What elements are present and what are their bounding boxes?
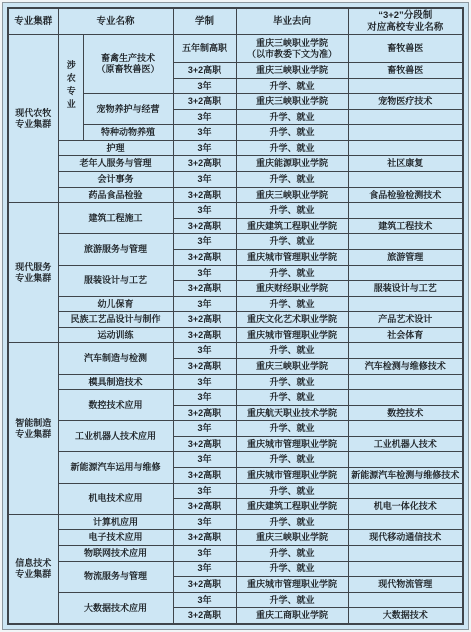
duration-cell: 3+2高职 (173, 358, 236, 374)
duration-cell: 3+2高职 (173, 577, 236, 593)
table-row: 机电技术应用 3年 升学、就业 (8, 483, 463, 499)
target-major-cell: 数控技术 (348, 405, 463, 421)
duration-cell: 3+2高职 (173, 327, 236, 343)
page-frame: 专业集群 专业名称 学制 毕业去向 “3+2”分段制 对应高校专业名称 现代农牧… (2, 2, 469, 630)
target-major-cell: 畜牧兽医 (348, 63, 463, 79)
table-row: 模具制造技术 3年 升学、就业 (8, 374, 463, 390)
col-header-destination: 毕业去向 (236, 8, 348, 35)
duration-cell: 3年 (173, 109, 236, 125)
target-major-cell (348, 109, 463, 125)
major-cell: 工业机器人技术应用 (58, 421, 173, 452)
col-header-target-major: “3+2”分段制 对应高校专业名称 (348, 8, 463, 35)
table-row: 会计事务 3年 升学、就业 (8, 172, 463, 188)
major-cell: 计算机应用 (58, 514, 173, 530)
duration-cell: 3年 (173, 125, 236, 141)
target-major-cell (348, 374, 463, 390)
destination-cell: 重庆建筑工程职业学院 (236, 499, 348, 515)
major-cell: 运动训练 (58, 327, 173, 343)
major-cell: 机电技术应用 (58, 483, 173, 514)
duration-cell: 3+2高职 (173, 436, 236, 452)
target-major-cell (348, 343, 463, 359)
col-header-cluster: 专业集群 (8, 8, 58, 35)
duration-cell: 3年 (173, 592, 236, 608)
target-major-cell (348, 203, 463, 219)
major-cell: 护理 (58, 140, 173, 156)
table-row: 现代农牧 专业集群 涉农专业 畜禽生产技术 （原畜牧兽医） 五年制高职 重庆三峡… (8, 35, 463, 63)
target-major-cell: 现代物流管理 (348, 577, 463, 593)
destination-cell: 升学、就业 (236, 452, 348, 468)
duration-cell: 3年 (173, 234, 236, 250)
table-row: 新能源汽车运用与维修 3年 升学、就业 (8, 452, 463, 468)
major-cell: 会计事务 (58, 172, 173, 188)
major-cell: 数控技术应用 (58, 390, 173, 421)
destination-cell: 升学、就业 (236, 592, 348, 608)
duration-cell: 3+2高职 (173, 63, 236, 79)
table-row: 电子技术应用 3+2高职 重庆三峡职业学院 现代移动通信技术 (8, 530, 463, 546)
table-row: 工业机器人技术应用 3年 升学、就业 (8, 421, 463, 437)
target-major-cell (348, 140, 463, 156)
table-row: 旅游服务与管理 3年 升学、就业 (8, 234, 463, 250)
duration-cell: 3+2高职 (173, 94, 236, 110)
destination-cell: 重庆城市管理职业学院 (236, 249, 348, 265)
target-major-cell: 建筑工程技术 (348, 218, 463, 234)
target-major-cell (348, 561, 463, 577)
destination-cell: 重庆财经职业学院 (236, 281, 348, 297)
destination-cell: 升学、就业 (236, 78, 348, 94)
target-major-cell: 新能源汽车检测与维修技术 (348, 468, 463, 484)
duration-cell: 3年 (173, 561, 236, 577)
duration-cell: 3年 (173, 514, 236, 530)
duration-cell: 五年制高职 (173, 35, 236, 63)
destination-cell: 升学、就业 (236, 561, 348, 577)
table-row: 数控技术应用 3年 升学、就业 (8, 390, 463, 406)
duration-cell: 3年 (173, 78, 236, 94)
enrollment-majors-table: 专业集群 专业名称 学制 毕业去向 “3+2”分段制 对应高校专业名称 现代农牧… (7, 7, 464, 625)
farm-subgroup-label: 涉农专业 (65, 60, 76, 112)
table-row: 现代服务 专业集群 建筑工程施工 3年 升学、就业 (8, 203, 463, 219)
target-major-cell: 服装设计与工艺 (348, 281, 463, 297)
duration-cell: 3年 (173, 203, 236, 219)
major-cell: 汽车制造与检测 (58, 343, 173, 374)
duration-cell: 3年 (173, 374, 236, 390)
duration-cell: 3年 (173, 296, 236, 312)
target-major-cell (348, 452, 463, 468)
cluster-cell: 现代服务 专业集群 (8, 203, 58, 343)
table-row: 信息技术 专业集群 计算机应用 3年 升学、就业 (8, 514, 463, 530)
duration-cell: 3+2高职 (173, 468, 236, 484)
table-row: 物联网技术应用 3年 升学、就业 (8, 545, 463, 561)
table-row: 民族工艺品设计与制作 3+2高职 重庆文化艺术职业学院 产品艺术设计 (8, 312, 463, 328)
duration-cell: 3年 (173, 452, 236, 468)
destination-cell: 重庆三峡职业学院 (236, 187, 348, 203)
major-cell: 大数据技术应用 (58, 592, 173, 624)
destination-cell: 重庆文化艺术职业学院 (236, 312, 348, 328)
destination-cell: 重庆航天职业技术学院 (236, 405, 348, 421)
destination-cell: 重庆工商职业学院 (236, 608, 348, 624)
major-cell: 民族工艺品设计与制作 (58, 312, 173, 328)
target-major-cell (348, 296, 463, 312)
destination-cell: 升学、就业 (236, 421, 348, 437)
target-major-cell: 机电一体化技术 (348, 499, 463, 515)
major-cell: 建筑工程施工 (58, 203, 173, 234)
duration-cell: 3年 (173, 390, 236, 406)
scanned-document-page: 专业集群 专业名称 学制 毕业去向 “3+2”分段制 对应高校专业名称 现代农牧… (0, 0, 471, 632)
duration-cell: 3+2高职 (173, 187, 236, 203)
major-cell: 物流服务与管理 (58, 561, 173, 592)
cluster-cell: 智能制造 专业集群 (8, 343, 58, 514)
table-row: 服装设计与工艺 3年 升学、就业 (8, 265, 463, 281)
target-major-cell: 现代移动通信技术 (348, 530, 463, 546)
duration-cell: 3+2高职 (173, 405, 236, 421)
destination-cell: 重庆三峡职业学院 (236, 94, 348, 110)
duration-cell: 3年 (173, 545, 236, 561)
major-cell: 幼儿保育 (58, 296, 173, 312)
target-major-cell: 社会体育 (348, 327, 463, 343)
major-cell: 物联网技术应用 (58, 545, 173, 561)
duration-cell: 3+2高职 (173, 530, 236, 546)
header-row: 专业集群 专业名称 学制 毕业去向 “3+2”分段制 对应高校专业名称 (8, 8, 463, 35)
destination-cell: 重庆能源职业学院 (236, 156, 348, 172)
destination-cell: 升学、就业 (236, 172, 348, 188)
target-major-cell: 汽车检测与维修技术 (348, 358, 463, 374)
col-header-major: 专业名称 (58, 8, 173, 35)
destination-cell: 重庆城市管理职业学院 (236, 468, 348, 484)
major-cell: 畜禽生产技术 （原畜牧兽医） (83, 35, 173, 94)
major-cell: 服装设计与工艺 (58, 265, 173, 296)
table-row: 运动训练 3+2高职 重庆城市管理职业学院 社会体育 (8, 327, 463, 343)
major-cell: 旅游服务与管理 (58, 234, 173, 265)
target-major-cell (348, 265, 463, 281)
major-cell: 宠物养护与经营 (83, 94, 173, 125)
duration-cell: 3+2高职 (173, 156, 236, 172)
target-major-cell: 社区康复 (348, 156, 463, 172)
destination-cell: 升学、就业 (236, 125, 348, 141)
target-major-cell (348, 78, 463, 94)
duration-cell: 3年 (173, 140, 236, 156)
major-cell: 药品食品检验 (58, 187, 173, 203)
duration-cell: 3+2高职 (173, 218, 236, 234)
table-row: 大数据技术应用 3年 升学、就业 (8, 592, 463, 608)
destination-cell: 升学、就业 (236, 296, 348, 312)
destination-cell: 重庆城市管理职业学院 (236, 577, 348, 593)
duration-cell: 3年 (173, 421, 236, 437)
destination-cell: 重庆三峡职业学院 (236, 63, 348, 79)
target-major-cell (348, 514, 463, 530)
duration-cell: 3+2高职 (173, 312, 236, 328)
destination-cell: 升学、就业 (236, 203, 348, 219)
target-major-cell (348, 390, 463, 406)
cluster-cell: 信息技术 专业集群 (8, 514, 58, 624)
target-major-cell (348, 421, 463, 437)
table-row: 物流服务与管理 3年 升学、就业 (8, 561, 463, 577)
target-major-cell (348, 545, 463, 561)
duration-cell: 3年 (173, 483, 236, 499)
target-major-cell: 旅游管理 (348, 249, 463, 265)
destination-cell: 升学、就业 (236, 545, 348, 561)
duration-cell: 3年 (173, 265, 236, 281)
destination-cell: 升学、就业 (236, 109, 348, 125)
duration-cell: 3+2高职 (173, 249, 236, 265)
destination-cell: 升学、就业 (236, 234, 348, 250)
destination-cell: 升学、就业 (236, 374, 348, 390)
target-major-cell: 畜牧兽医 (348, 35, 463, 63)
duration-cell: 3年 (173, 343, 236, 359)
table-row: 药品食品检验 3+2高职 重庆三峡职业学院 食品检验检测技术 (8, 187, 463, 203)
duration-cell: 3+2高职 (173, 608, 236, 624)
destination-cell: 升学、就业 (236, 514, 348, 530)
major-cell: 模具制造技术 (58, 374, 173, 390)
target-major-cell: 大数据技术 (348, 608, 463, 624)
target-major-cell: 宠物医疗技术 (348, 94, 463, 110)
table-row: 护理 3年 升学、就业 (8, 140, 463, 156)
destination-cell: 重庆三峡职业学院 (236, 530, 348, 546)
major-cell: 新能源汽车运用与维修 (58, 452, 173, 483)
duration-cell: 3+2高职 (173, 281, 236, 297)
farm-subgroup-cell: 涉农专业 (58, 35, 83, 141)
target-major-cell (348, 592, 463, 608)
destination-cell: 重庆城市管理职业学院 (236, 327, 348, 343)
target-major-cell (348, 172, 463, 188)
major-cell: 电子技术应用 (58, 530, 173, 546)
destination-cell: 升学、就业 (236, 390, 348, 406)
duration-cell: 3年 (173, 172, 236, 188)
table-row: 老年人服务与管理 3+2高职 重庆能源职业学院 社区康复 (8, 156, 463, 172)
destination-cell: 重庆城市管理职业学院 (236, 436, 348, 452)
destination-cell: 升学、就业 (236, 483, 348, 499)
destination-cell: 升学、就业 (236, 265, 348, 281)
destination-cell: 重庆三峡职业学院 (236, 358, 348, 374)
target-major-cell (348, 483, 463, 499)
destination-cell: 升学、就业 (236, 140, 348, 156)
target-major-cell (348, 234, 463, 250)
duration-cell: 3+2高职 (173, 499, 236, 515)
target-major-cell: 产品艺术设计 (348, 312, 463, 328)
target-major-cell: 食品检验检测技术 (348, 187, 463, 203)
cluster-cell: 现代农牧 专业集群 (8, 35, 58, 203)
destination-cell: 升学、就业 (236, 343, 348, 359)
destination-cell: 重庆建筑工程职业学院 (236, 218, 348, 234)
col-header-duration: 学制 (173, 8, 236, 35)
table-row: 幼儿保育 3年 升学、就业 (8, 296, 463, 312)
major-cell: 特种动物养殖 (83, 125, 173, 141)
major-cell: 老年人服务与管理 (58, 156, 173, 172)
target-major-cell: 工业机器人技术 (348, 436, 463, 452)
destination-cell: 重庆三峡职业学院 （以市教委下文为准） (236, 35, 348, 63)
table-row: 智能制造 专业集群 汽车制造与检测 3年 升学、就业 (8, 343, 463, 359)
target-major-cell (348, 125, 463, 141)
